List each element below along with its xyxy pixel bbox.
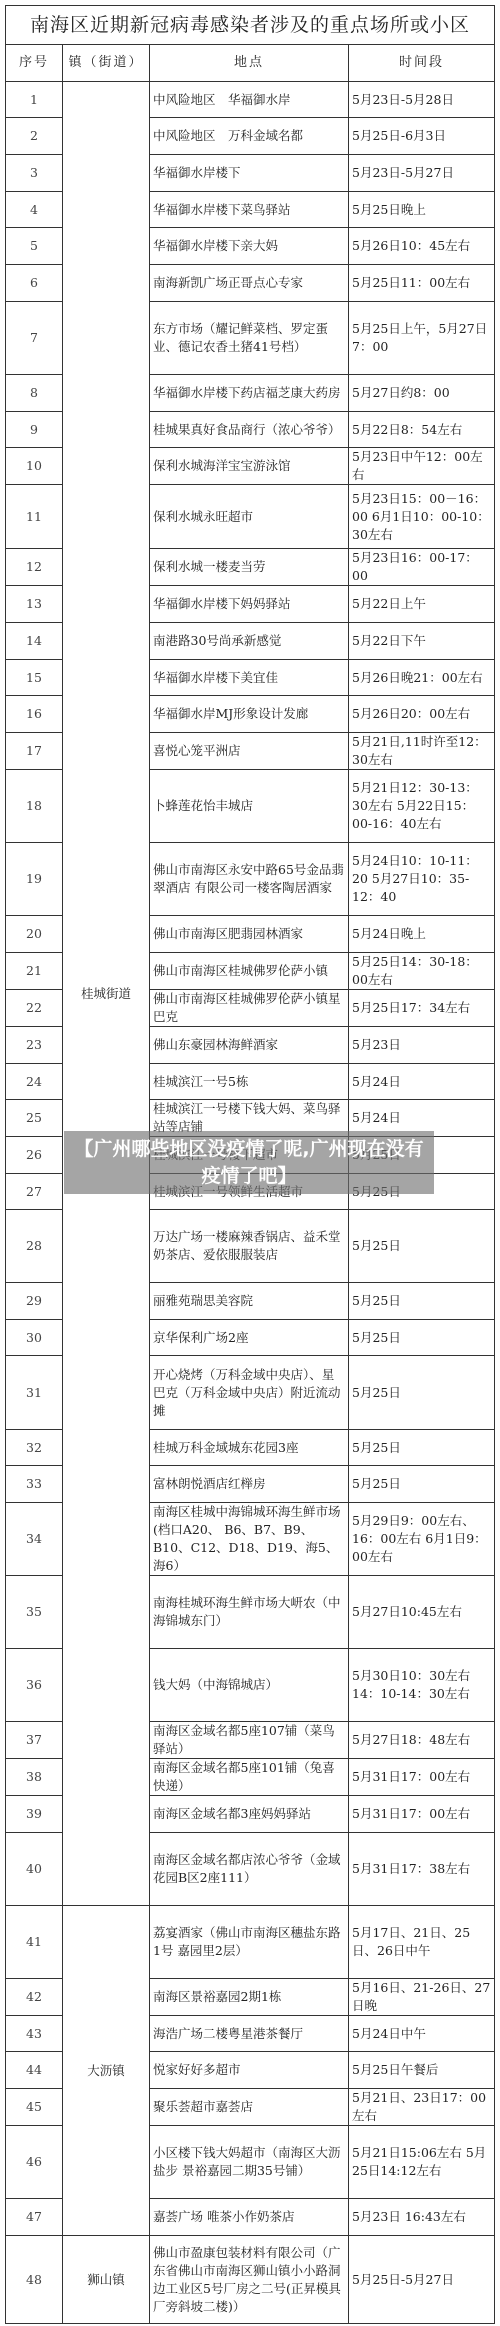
row-time: 5月22日8：54左右 (349, 412, 495, 448)
row-location: 荔宴酒家（佛山市南海区穗盐东路1号 嘉园里2层） (150, 1906, 349, 1979)
row-location: 华福御水岸楼下妈妈驿站 (150, 586, 349, 623)
row-seq: 29 (6, 1283, 63, 1320)
row-seq: 42 (6, 1979, 63, 2016)
row-seq: 11 (6, 485, 63, 549)
row-seq: 43 (6, 2016, 63, 2052)
row-seq: 13 (6, 586, 63, 623)
row-seq: 47 (6, 2199, 63, 2236)
row-location: 华福御水岸楼下美宜佳 (150, 660, 349, 696)
row-location: 丽雅苑瑞思美容院 (150, 1283, 349, 1320)
row-seq: 32 (6, 1430, 63, 1466)
row-location: 富林朗悦酒店红榉房 (150, 1466, 349, 1503)
row-time: 5月23日-5月28日 (349, 82, 495, 118)
row-time: 5月26日10：45左右 (349, 228, 495, 265)
header-location: 地点 (150, 45, 349, 82)
row-seq: 30 (6, 1320, 63, 1356)
row-time: 5月24日 (349, 1064, 495, 1100)
row-location: 南海桂城环海生鲜市场大岍农（中海锦城东门） (150, 1576, 349, 1649)
row-location: 佛山市南海区肥翡园林酒家 (150, 916, 349, 953)
row-location: 佛山市南海区永安中路65号金品翡翠酒店 有限公司一楼客陶居酒家 (150, 843, 349, 916)
row-seq: 38 (6, 1759, 63, 1796)
row-time: 5月16日、21-26日、27日晚 (349, 1979, 495, 2016)
row-location: 佛山市南海区桂城佛罗伦萨小镇 (150, 953, 349, 990)
row-location: 保利水城一楼麦当劳 (150, 549, 349, 586)
row-seq: 17 (6, 733, 63, 770)
row-seq: 7 (6, 302, 63, 375)
header-time: 时间段 (349, 45, 495, 82)
row-location: 华福御水岸楼下药店福芝康大药房 (150, 375, 349, 412)
row-time: 5月25日17：34左右 (349, 990, 495, 1027)
row-seq: 25 (6, 1100, 63, 1137)
row-time: 5月25日 (349, 1356, 495, 1430)
row-time: 5月21日12：30-13：30左右 5月22日15：00-16：40左右 (349, 770, 495, 843)
row-seq: 21 (6, 953, 63, 990)
row-location: 桂城滨江一号5栋 (150, 1064, 349, 1100)
row-location: 保利水城海洋宝宝游泳馆 (150, 448, 349, 485)
row-location: 南海区桂城中海锦城环海生鲜市场(档口A20、 B6、B7、B9、B10、C12、… (150, 1503, 349, 1576)
table-row: 41大沥镇荔宴酒家（佛山市南海区穗盐东路1号 嘉园里2层）5月17日、21日、2… (6, 1906, 495, 1979)
row-location: 南海区金域名都3座妈妈驿站 (150, 1796, 349, 1833)
row-location: 喜悦心笼平洲店 (150, 733, 349, 770)
row-seq: 6 (6, 265, 63, 302)
row-seq: 46 (6, 2126, 63, 2199)
table-body: 1桂城街道中风险地区 华福御水岸5月23日-5月28日2中风险地区 万科金域名都… (6, 82, 495, 2324)
row-location: 京华保利广场2座 (150, 1320, 349, 1356)
row-time: 5月23日-5月27日 (349, 155, 495, 192)
row-seq: 27 (6, 1174, 63, 1210)
row-location: 钱大妈（中海锦城店） (150, 1649, 349, 1722)
row-location: 小区楼下钱大妈超市（南海区大沥盐步 景裕嘉园二期35号铺） (150, 2126, 349, 2199)
row-time: 5月31日17：38左右 (349, 1833, 495, 1906)
row-seq: 33 (6, 1466, 63, 1503)
row-seq: 37 (6, 1722, 63, 1759)
row-location: 桂城万科金域城东花园3座 (150, 1430, 349, 1466)
row-time: 5月21日,11时许至12：30左右 (349, 733, 495, 770)
table-row: 1桂城街道中风险地区 华福御水岸5月23日-5月28日 (6, 82, 495, 118)
row-time: 5月24日中午 (349, 2016, 495, 2052)
row-location: 开心烧烤（万科金域中央店）、星巴克（万科金域中央店）附近流动摊 (150, 1356, 349, 1430)
row-seq: 45 (6, 2089, 63, 2126)
row-location: 南海区金域名都5座101铺（兔喜快递） (150, 1759, 349, 1796)
row-seq: 1 (6, 82, 63, 118)
row-location: 南海新凯广场正哥点心专家 (150, 265, 349, 302)
row-time: 5月27日约8：00 (349, 375, 495, 412)
row-time: 5月27日18：48左右 (349, 1722, 495, 1759)
row-location: 南海区金域名都店浓心爷爷（金域花园B区2座111） (150, 1833, 349, 1906)
row-seq: 9 (6, 412, 63, 448)
row-location: 南海区景裕嘉园2期1栋 (150, 1979, 349, 2016)
row-time: 5月31日17：00左右 (349, 1759, 495, 1796)
row-location: 桂城果真好食品商行（浓心爷爷） (150, 412, 349, 448)
row-time: 5月23日16：00-17：00 (349, 549, 495, 586)
row-time: 5月25日 (349, 1210, 495, 1283)
row-seq: 39 (6, 1796, 63, 1833)
row-location: 佛山东豪园林海鲜酒家 (150, 1027, 349, 1064)
row-seq: 14 (6, 623, 63, 660)
row-seq: 40 (6, 1833, 63, 1906)
row-seq: 35 (6, 1576, 63, 1649)
row-location: 聚乐荟超市嘉荟店 (150, 2089, 349, 2126)
row-time: 5月22日上午 (349, 586, 495, 623)
row-seq: 26 (6, 1137, 63, 1174)
row-seq: 8 (6, 375, 63, 412)
row-seq: 23 (6, 1027, 63, 1064)
row-time: 5月31日17：00左右 (349, 1796, 495, 1833)
row-time: 5月24日晚上 (349, 916, 495, 953)
row-time: 5月23日中午12：00左右 (349, 448, 495, 485)
row-seq: 36 (6, 1649, 63, 1722)
row-time: 5月17日、21日、25日、26日中午 (349, 1906, 495, 1979)
row-location: 南海区金域名都5座107铺（菜鸟驿站） (150, 1722, 349, 1759)
row-location: 海浩广场二楼粤星港茶餐厅 (150, 2016, 349, 2052)
row-time: 5月21日、23日17：00左右 (349, 2089, 495, 2126)
row-seq: 31 (6, 1356, 63, 1430)
row-location: 保利水城永旺超市 (150, 485, 349, 549)
table-row: 48狮山镇佛山市盈康包装材料有限公司（广东省佛山市南海区狮山镇小小路洞边工业区5… (6, 2236, 495, 2324)
overlay-title-banner: 【广州哪些地区没疫情了呢,广州现在没有疫情了吧】 (64, 1131, 434, 1194)
row-time: 5月25日 (349, 1430, 495, 1466)
row-time: 5月25日午餐后 (349, 2052, 495, 2089)
row-seq: 19 (6, 843, 63, 916)
row-seq: 48 (6, 2236, 63, 2324)
row-time: 5月25日 (349, 1283, 495, 1320)
row-seq: 18 (6, 770, 63, 843)
row-seq: 22 (6, 990, 63, 1027)
row-location: 华福御水岸楼下亲大妈 (150, 228, 349, 265)
row-time: 5月29日9：00左右、16：00左右 6月1日9：00左右 (349, 1503, 495, 1576)
row-location: 南港路30号尚承新感觉 (150, 623, 349, 660)
row-location: 华福御水岸楼下 (150, 155, 349, 192)
row-seq: 34 (6, 1503, 63, 1576)
row-seq: 44 (6, 2052, 63, 2089)
row-seq: 5 (6, 228, 63, 265)
row-location: 万达广场一楼麻辣香锅店、益禾堂奶茶店、爱依服服装店 (150, 1210, 349, 1283)
row-seq: 15 (6, 660, 63, 696)
row-seq: 16 (6, 696, 63, 733)
row-seq: 4 (6, 192, 63, 228)
row-location: 东方市场（耀记鲜菜档、罗定蛋业、德记农香土猪41号档） (150, 302, 349, 375)
row-seq: 41 (6, 1906, 63, 1979)
row-location: 华福御水岸MJ形象设计发廊 (150, 696, 349, 733)
header-town: 镇（街道） (63, 45, 150, 82)
row-time: 5月25日-6月3日 (349, 118, 495, 155)
row-time: 5月25日 (349, 1466, 495, 1503)
row-town: 狮山镇 (63, 2236, 150, 2324)
row-location: 佛山市南海区桂城佛罗伦萨小镇星巴克 (150, 990, 349, 1027)
row-seq: 24 (6, 1064, 63, 1100)
header-row: 序号 镇（街道） 地点 时间段 (6, 45, 495, 82)
row-time: 5月25日晚上 (349, 192, 495, 228)
row-seq: 28 (6, 1210, 63, 1283)
row-time: 5月25日-5月27日 (349, 2236, 495, 2324)
row-time: 5月30日10：30左右 14：10-14：30左右 (349, 1649, 495, 1722)
row-time: 5月26日晚21：00左右 (349, 660, 495, 696)
row-time: 5月23日 16:43左右 (349, 2199, 495, 2236)
row-time: 5月27日10:45左右 (349, 1576, 495, 1649)
row-time: 5月26日20：00左右 (349, 696, 495, 733)
row-time: 5月25日11：00左右 (349, 265, 495, 302)
row-time: 5月25日 (349, 1320, 495, 1356)
row-location: 嘉荟广场 唯茶小作奶茶店 (150, 2199, 349, 2236)
row-time: 5月23日15：00－16：00 6月1日10：00-10：30左右 (349, 485, 495, 549)
row-time: 5月23日 (349, 1027, 495, 1064)
row-time: 5月21日15:06左右 5月25日14:12左右 (349, 2126, 495, 2199)
row-time: 5月24日10：10-11：20 5月27日10：35-12：40 (349, 843, 495, 916)
row-town: 大沥镇 (63, 1906, 150, 2236)
row-location: 佛山市盈康包装材料有限公司（广东省佛山市南海区狮山镇小小路洞边工业区5号厂房之二… (150, 2236, 349, 2324)
row-seq: 2 (6, 118, 63, 155)
row-location: 卜蜂莲花怡丰城店 (150, 770, 349, 843)
row-town: 桂城街道 (63, 82, 150, 1906)
table-title: 南海区近期新冠病毒感染者涉及的重点场所或小区 (6, 6, 495, 45)
row-location: 华福御水岸楼下菜鸟驿站 (150, 192, 349, 228)
row-time: 5月22日下午 (349, 623, 495, 660)
row-seq: 10 (6, 448, 63, 485)
row-seq: 12 (6, 549, 63, 586)
row-time: 5月25日14：30-18：00左右 (349, 953, 495, 990)
row-seq: 20 (6, 916, 63, 953)
row-location: 中风险地区 华福御水岸 (150, 82, 349, 118)
row-location: 悦家好好多超市 (150, 2052, 349, 2089)
row-location: 中风险地区 万科金域名都 (150, 118, 349, 155)
row-time: 5月25日上午，5月27日7：00 (349, 302, 495, 375)
header-seq: 序号 (6, 45, 63, 82)
row-seq: 3 (6, 155, 63, 192)
